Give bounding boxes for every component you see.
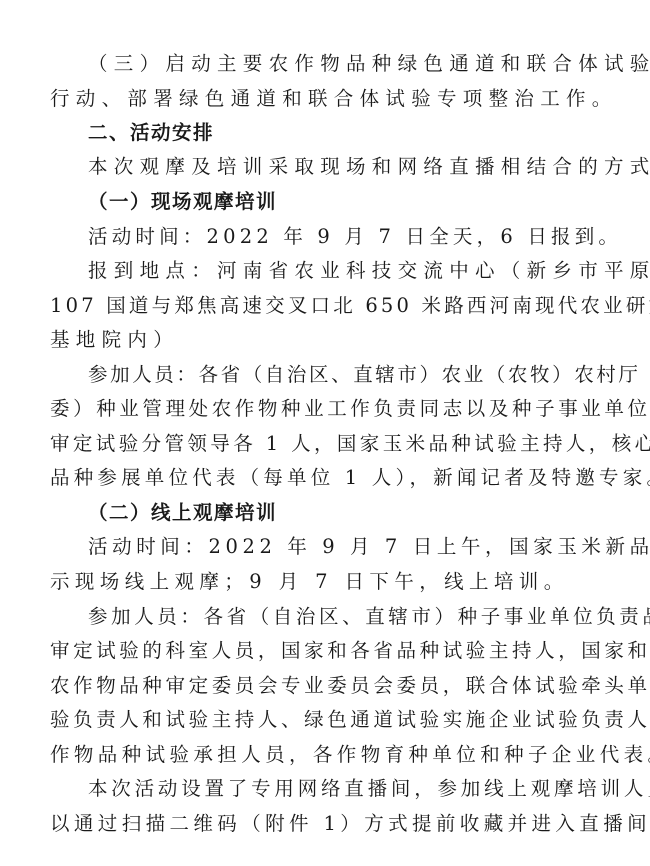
paragraph-line: 审定试验分管领导各 1 人，国家玉米品种试验主持人，核心展示 xyxy=(50,432,590,456)
paragraph-line: 参加人员：各省（自治区、直辖市）农业（农牧）农村厅（局、 xyxy=(88,363,628,387)
paragraph-line: 参加人员：各省（自治区、直辖市）种子事业单位负责品种 xyxy=(88,605,628,629)
section-heading: 二、活动安排 xyxy=(88,121,628,145)
paragraph-line: 示现场线上观摩；9 月 7 日下午，线上培训。 xyxy=(50,570,590,594)
paragraph-line: 作物品种试验承担人员，各作物育种单位和种子企业代表。 xyxy=(50,743,590,767)
paragraph-line: 行动、部署绿色通道和联合体试验专项整治工作。 xyxy=(50,87,590,111)
paragraph-line: 活动时间：2022 年 9 月 7 日上午，国家玉米新品种核心展 xyxy=(88,535,628,559)
paragraph-line: 以通过扫描二维码（附件 1）方式提前收藏并进入直播间。 xyxy=(50,812,590,836)
paragraph-line: 本次观摩及培训采取现场和网络直播相结合的方式。 xyxy=(88,155,628,179)
paragraph-line: 107 国道与郑焦高速交叉口北 650 米路西河南现代农业研究开发 xyxy=(50,294,590,318)
paragraph-line: 审定试验的科室人员，国家和各省品种试验主持人，国家和各省 xyxy=(50,639,590,663)
paragraph-line: 农作物品种审定委员会专业委员会委员，联合体试验牵头单位试 xyxy=(50,674,590,698)
document-page: （三）启动主要农作物品种绿色通道和联合体试验专项整治 行动、部署绿色通道和联合体… xyxy=(0,0,650,866)
paragraph-line: （三）启动主要农作物品种绿色通道和联合体试验专项整治 xyxy=(88,52,628,76)
paragraph-line: 报到地点：河南省农业科技交流中心（新乡市平原示范区 xyxy=(88,259,628,283)
paragraph-line: 委）种业管理处农作物种业工作负责同志以及种子事业单位品种 xyxy=(50,397,590,421)
paragraph-line: 基地院内） xyxy=(50,328,590,352)
subsection-heading: （一）现场观摩培训 xyxy=(88,190,628,214)
paragraph-line: 活动时间：2022 年 9 月 7 日全天，6 日报到。 xyxy=(88,225,628,249)
paragraph-line: 品种参展单位代表（每单位 1 人），新闻记者及特邀专家。 xyxy=(50,466,590,490)
paragraph-line: 验负责人和试验主持人、绿色通道试验实施企业试验负责人，各 xyxy=(50,708,590,732)
paragraph-line: 本次活动设置了专用网络直播间，参加线上观摩培训人员可 xyxy=(88,777,628,801)
subsection-heading: （二）线上观摩培训 xyxy=(88,501,628,525)
